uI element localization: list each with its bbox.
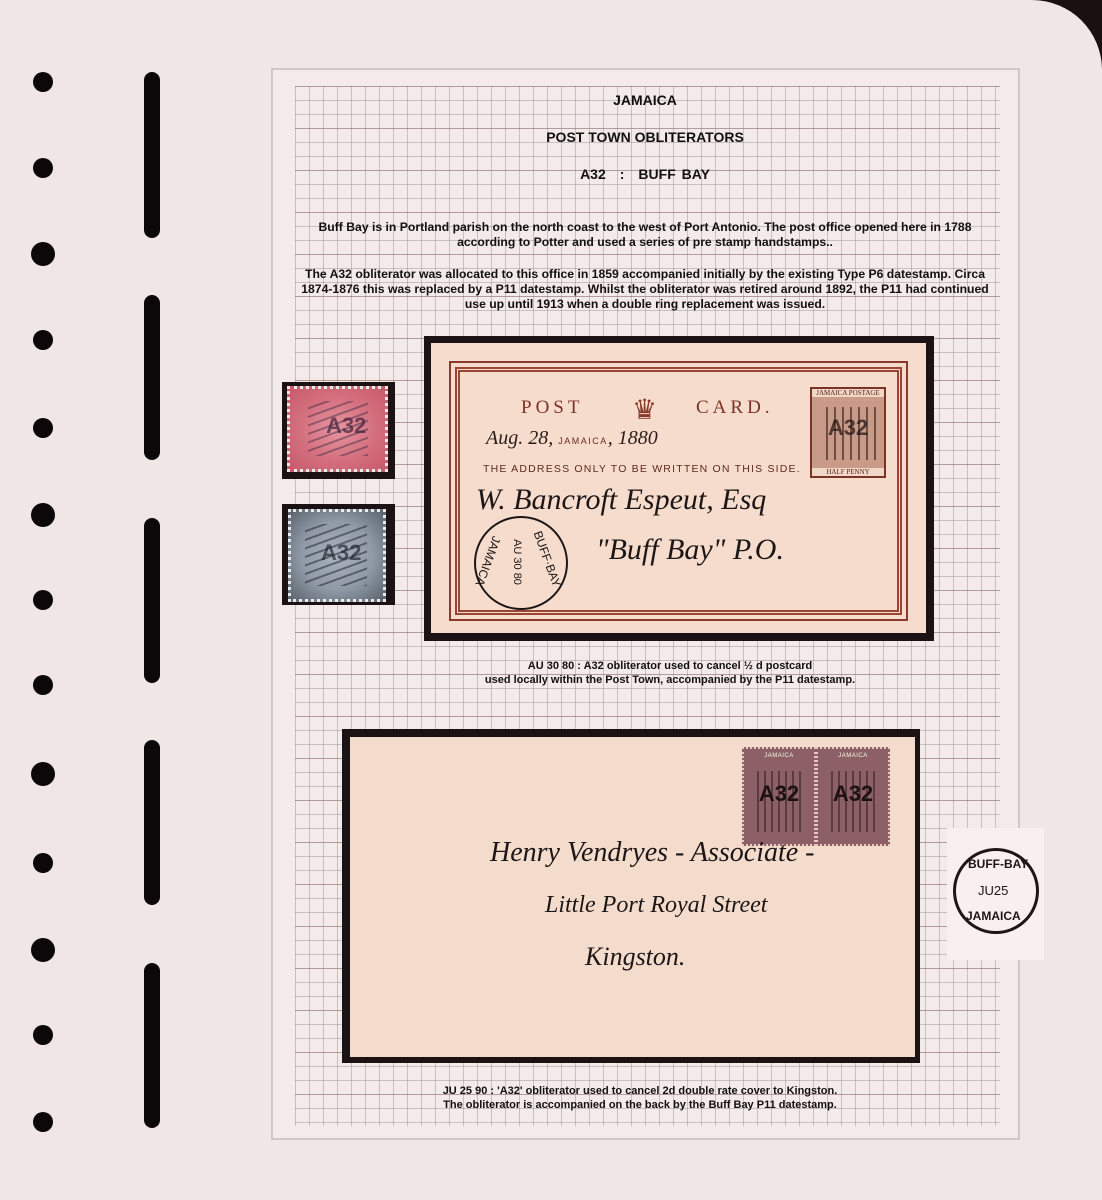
indicia-bottom-label: HALF PENNY [812, 468, 884, 476]
stamp-twopence-rose: A32 [287, 386, 388, 472]
postcard-date-line: Aug. 28, JAMAICA, 1880 [486, 427, 658, 450]
punch-hole [31, 938, 55, 962]
country-heading: JAMAICA [300, 92, 990, 108]
punch-hole [33, 675, 53, 695]
postcard-title-card: CARD. [696, 397, 774, 419]
cancel-number: A32 [321, 540, 361, 566]
cover-address-line-2: Little Port Royal Street [545, 892, 767, 919]
postcard-caption-line-1: AU 30 80 : A32 obliterator used to cance… [420, 659, 920, 673]
cover-caption-line-1: JU 25 90 : 'A32' obliterator used to can… [380, 1084, 900, 1098]
punch-hole [33, 158, 53, 178]
section-title: POST TOWN OBLITERATORS [300, 129, 990, 145]
datestamp-date: AU 30 80 [511, 539, 523, 585]
datestamp-piece: BUFF-BAY JU25 JAMAICA [947, 828, 1044, 960]
cancel-number: A32 [818, 781, 888, 807]
cover-caption-line-2: The obliterator is accompanied on the ba… [380, 1098, 900, 1112]
stamp-label: JAMAICA [744, 753, 814, 759]
piece-datestamp-town: BUFF-BAY [968, 857, 1028, 871]
punch-hole [33, 1025, 53, 1045]
punch-hole [31, 242, 55, 266]
cover-address-line-3: Kingston. [585, 942, 685, 972]
cover-stamp-right: JAMAICA A32 [816, 747, 890, 846]
binder-slot [144, 295, 160, 460]
punch-hole [33, 590, 53, 610]
album-page: JAMAICA POST TOWN OBLITERATORS A32:BUFF … [0, 0, 1102, 1200]
town-name: BUFF BAY [638, 166, 710, 182]
cancel-number: A32 [744, 781, 814, 807]
stamp-twopence-slate: A32 [288, 509, 386, 602]
piece-datestamp-country: JAMAICA [966, 909, 1021, 923]
indicia-top-label: JAMAICA POSTAGE [812, 389, 884, 397]
piece-datestamp-date: JU25 [978, 883, 1008, 898]
punch-hole [33, 853, 53, 873]
postcard-caption: AU 30 80 : A32 obliterator used to cance… [420, 659, 920, 687]
punch-hole [33, 418, 53, 438]
stamp-label: JAMAICA [818, 753, 888, 759]
binder-slot [144, 518, 160, 683]
datestamp-town: BUFF·BAY [531, 529, 564, 589]
date-place: JAMAICA [558, 436, 608, 446]
cover-envelope: JAMAICA A32 JAMAICA A32 Henry Vendryes -… [350, 737, 915, 1057]
postcard-indicia: JAMAICA POSTAGE A32 HALF PENNY [810, 387, 886, 478]
postcard-caption-line-2: used locally within the Post Town, accom… [420, 673, 920, 687]
cover-stamp-left: JAMAICA A32 [742, 747, 816, 846]
date-handwritten: Aug. 28 [486, 427, 548, 449]
binder-slot [144, 963, 160, 1128]
postcard-address-line-2: "Buff Bay" P.O. [596, 533, 784, 567]
intro-paragraph-2: The A32 obliterator was allocated to thi… [300, 267, 990, 312]
cover-caption: JU 25 90 : 'A32' obliterator used to can… [380, 1084, 900, 1112]
obliterator-heading: A32:BUFF BAY [300, 166, 990, 182]
cancel-number: A32 [326, 413, 366, 439]
date-year: 1880 [618, 427, 658, 449]
intro-paragraph-1: Buff Bay is in Portland parish on the no… [300, 220, 990, 250]
binder-slot [144, 72, 160, 238]
punch-hole [31, 503, 55, 527]
punch-hole [33, 330, 53, 350]
indicia-cancel-number: A32 [812, 415, 884, 441]
punch-hole [33, 72, 53, 92]
postcard: POST ♛ CARD. Aug. 28, JAMAICA, 1880 THE … [431, 343, 926, 633]
postcard-address-line-1: W. Bancroft Espeut, Esq [476, 483, 766, 517]
obliterator-code: A32 [580, 166, 606, 182]
postcard-title-post: POST [521, 397, 583, 419]
binder-slot [144, 740, 160, 905]
buff-bay-p11-datestamp: BUFF-BAY JU25 JAMAICA [953, 848, 1039, 934]
address-note: THE ADDRESS ONLY TO BE WRITTEN ON THIS S… [483, 463, 801, 475]
punch-hole [31, 762, 55, 786]
heading-separator: : [620, 166, 625, 182]
buff-bay-datestamp: BUFF·BAY AU 30 80 JAMAICA [474, 516, 568, 610]
punch-hole [33, 1112, 53, 1132]
royal-arms-icon: ♛ [617, 389, 672, 431]
cover-address-line-1: Henry Vendryes - Associate - [490, 837, 815, 869]
